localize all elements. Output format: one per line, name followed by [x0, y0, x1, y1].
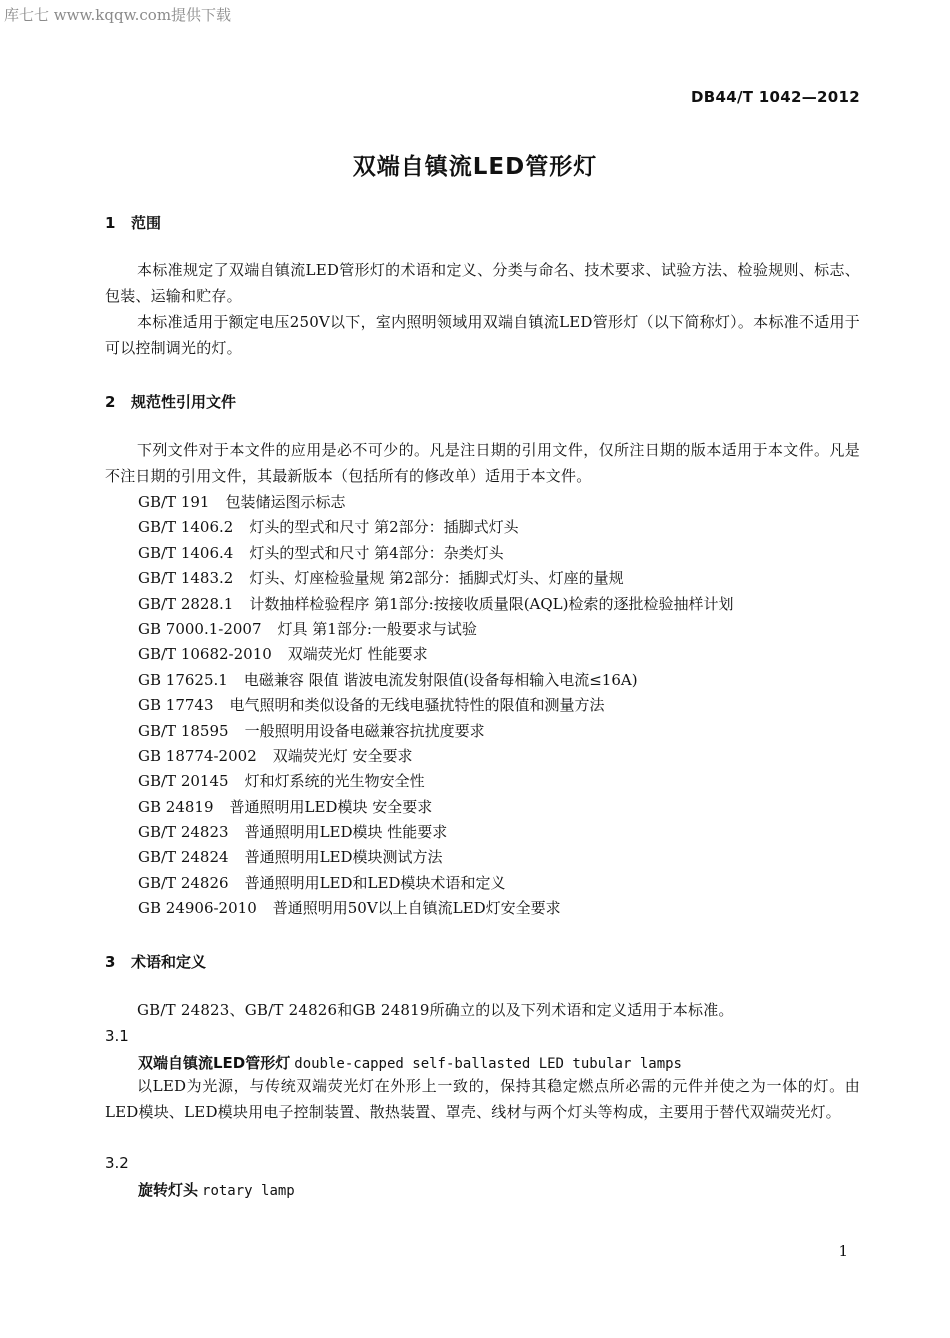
- reference-code: GB 24906-2010: [138, 896, 257, 921]
- term-title: 旋转灯头rotary lamp: [138, 1179, 295, 1200]
- reference-item: GB 7000.1-2007灯具 第1部分:一般要求与试验: [138, 617, 734, 642]
- section-number: 2: [105, 393, 131, 411]
- section-title: 术语和定义: [131, 953, 206, 971]
- section-title: 范围: [131, 214, 161, 232]
- reference-title: 灯和灯系统的光生物安全性: [245, 772, 425, 790]
- reference-item: GB 24906-2010普通照明用50V以上自镇流LED灯安全要求: [138, 896, 734, 921]
- reference-item: GB 18774-2002双端荧光灯 安全要求: [138, 744, 734, 769]
- reference-item: GB/T 10682-2010双端荧光灯 性能要求: [138, 642, 734, 667]
- watermark: 库七七 www.kqqw.com提供下载: [4, 4, 231, 25]
- terms-intro: GB/T 24823、GB/T 24826和GB 24819所确立的以及下列术语…: [105, 998, 860, 1024]
- page-title: 双端自镇流LED管形灯: [0, 148, 950, 181]
- term-definition: 以LED为光源，与传统双端荧光灯在外形上一致的，保持其稳定燃点所必需的元件并使之…: [105, 1074, 860, 1125]
- reference-code: GB/T 20145: [138, 769, 229, 794]
- reference-item: GB/T 1483.2灯头、灯座检验量规 第2部分：插脚式灯头、灯座的量规: [138, 566, 734, 591]
- reference-code: GB/T 24823: [138, 820, 229, 845]
- reference-item: GB/T 24826普通照明用LED和LED模块术语和定义: [138, 871, 734, 896]
- reference-title: 包装储运图示标志: [225, 493, 345, 511]
- term-en: double-capped self-ballasted LED tubular…: [294, 1056, 682, 1072]
- reference-item: GB/T 20145灯和灯系统的光生物安全性: [138, 769, 734, 794]
- section-title: 规范性引用文件: [131, 393, 236, 411]
- reference-item: GB/T 2828.1计数抽样检验程序 第1部分:按接收质量限(AQL)检索的逐…: [138, 592, 734, 617]
- reference-title: 普通照明用LED和LED模块术语和定义: [245, 874, 506, 892]
- reference-title: 普通照明用LED模块 性能要求: [245, 823, 448, 841]
- reference-title: 一般照明用设备电磁兼容抗扰度要求: [245, 722, 485, 740]
- reference-code: GB 17625.1: [138, 668, 228, 693]
- reference-title: 灯具 第1部分:一般要求与试验: [278, 620, 477, 638]
- reference-item: GB/T 24823普通照明用LED模块 性能要求: [138, 820, 734, 845]
- reference-code: GB/T 1406.2: [138, 515, 233, 540]
- reference-title: 双端荧光灯 性能要求: [288, 645, 428, 663]
- reference-title: 普通照明用LED模块 安全要求: [230, 798, 433, 816]
- reference-item: GB/T 24824普通照明用LED模块测试方法: [138, 845, 734, 870]
- reference-title: 普通照明用LED模块测试方法: [245, 848, 443, 866]
- reference-code: GB 7000.1-2007: [138, 617, 262, 642]
- reference-code: GB/T 24824: [138, 845, 229, 870]
- reference-title: 普通照明用50V以上自镇流LED灯安全要求: [273, 899, 561, 917]
- reference-item: GB 17625.1电磁兼容 限值 谐波电流发射限值(设备每相输入电流≤16A): [138, 668, 734, 693]
- reference-title: 灯头的型式和尺寸 第2部分：插脚式灯头: [249, 518, 518, 536]
- reference-title: 电磁兼容 限值 谐波电流发射限值(设备每相输入电流≤16A): [244, 671, 638, 689]
- reference-item: GB 24819普通照明用LED模块 安全要求: [138, 795, 734, 820]
- term-zh: 旋转灯头: [138, 1181, 198, 1199]
- references-intro: 下列文件对于本文件的应用是必不可少的。凡是注日期的引用文件，仅所注日期的版本适用…: [105, 438, 860, 489]
- section-3-heading: 3术语和定义: [105, 951, 206, 972]
- scope-paragraph-1: 本标准规定了双端自镇流LED管形灯的术语和定义、分类与命名、技术要求、试验方法、…: [105, 258, 860, 309]
- reference-title: 电气照明和类似设备的无线电骚扰特性的限值和测量方法: [230, 696, 605, 714]
- term-zh: 双端自镇流LED管形灯: [138, 1054, 290, 1072]
- page-number: 1: [838, 1242, 848, 1260]
- reference-item: GB 17743电气照明和类似设备的无线电骚扰特性的限值和测量方法: [138, 693, 734, 718]
- section-2-heading: 2规范性引用文件: [105, 391, 236, 412]
- reference-code: GB 17743: [138, 693, 214, 718]
- reference-code: GB/T 10682-2010: [138, 642, 272, 667]
- reference-code: GB/T 1406.4: [138, 541, 233, 566]
- reference-code: GB/T 18595: [138, 719, 229, 744]
- term-number: 3.1: [105, 1027, 129, 1045]
- reference-code: GB/T 191: [138, 490, 209, 515]
- term-title: 双端自镇流LED管形灯double-capped self-ballasted …: [138, 1052, 682, 1073]
- reference-code: GB 24819: [138, 795, 214, 820]
- term-en: rotary lamp: [202, 1183, 295, 1199]
- section-1-heading: 1范围: [105, 212, 161, 233]
- reference-title: 计数抽样检验程序 第1部分:按接收质量限(AQL)检索的逐批检验抽样计划: [249, 595, 733, 613]
- section-number: 1: [105, 214, 131, 232]
- reference-item: GB/T 18595一般照明用设备电磁兼容抗扰度要求: [138, 719, 734, 744]
- reference-title: 灯头、灯座检验量规 第2部分：插脚式灯头、灯座的量规: [249, 569, 623, 587]
- document-code: DB44/T 1042—2012: [691, 88, 860, 106]
- term-number: 3.2: [105, 1154, 129, 1172]
- reference-item: GB/T 1406.4灯头的型式和尺寸 第4部分：杂类灯头: [138, 541, 734, 566]
- reference-title: 双端荧光灯 安全要求: [273, 747, 413, 765]
- reference-title: 灯头的型式和尺寸 第4部分：杂类灯头: [249, 544, 503, 562]
- reference-code: GB/T 2828.1: [138, 592, 233, 617]
- scope-paragraph-2: 本标准适用于额定电压250V以下，室内照明领域用双端自镇流LED管形灯（以下简称…: [105, 310, 860, 361]
- reference-code: GB 18774-2002: [138, 744, 257, 769]
- reference-list: GB/T 191包装储运图示标志 GB/T 1406.2灯头的型式和尺寸 第2部…: [138, 490, 734, 922]
- reference-code: GB/T 24826: [138, 871, 229, 896]
- section-number: 3: [105, 953, 131, 971]
- reference-item: GB/T 191包装储运图示标志: [138, 490, 734, 515]
- reference-code: GB/T 1483.2: [138, 566, 233, 591]
- reference-item: GB/T 1406.2灯头的型式和尺寸 第2部分：插脚式灯头: [138, 515, 734, 540]
